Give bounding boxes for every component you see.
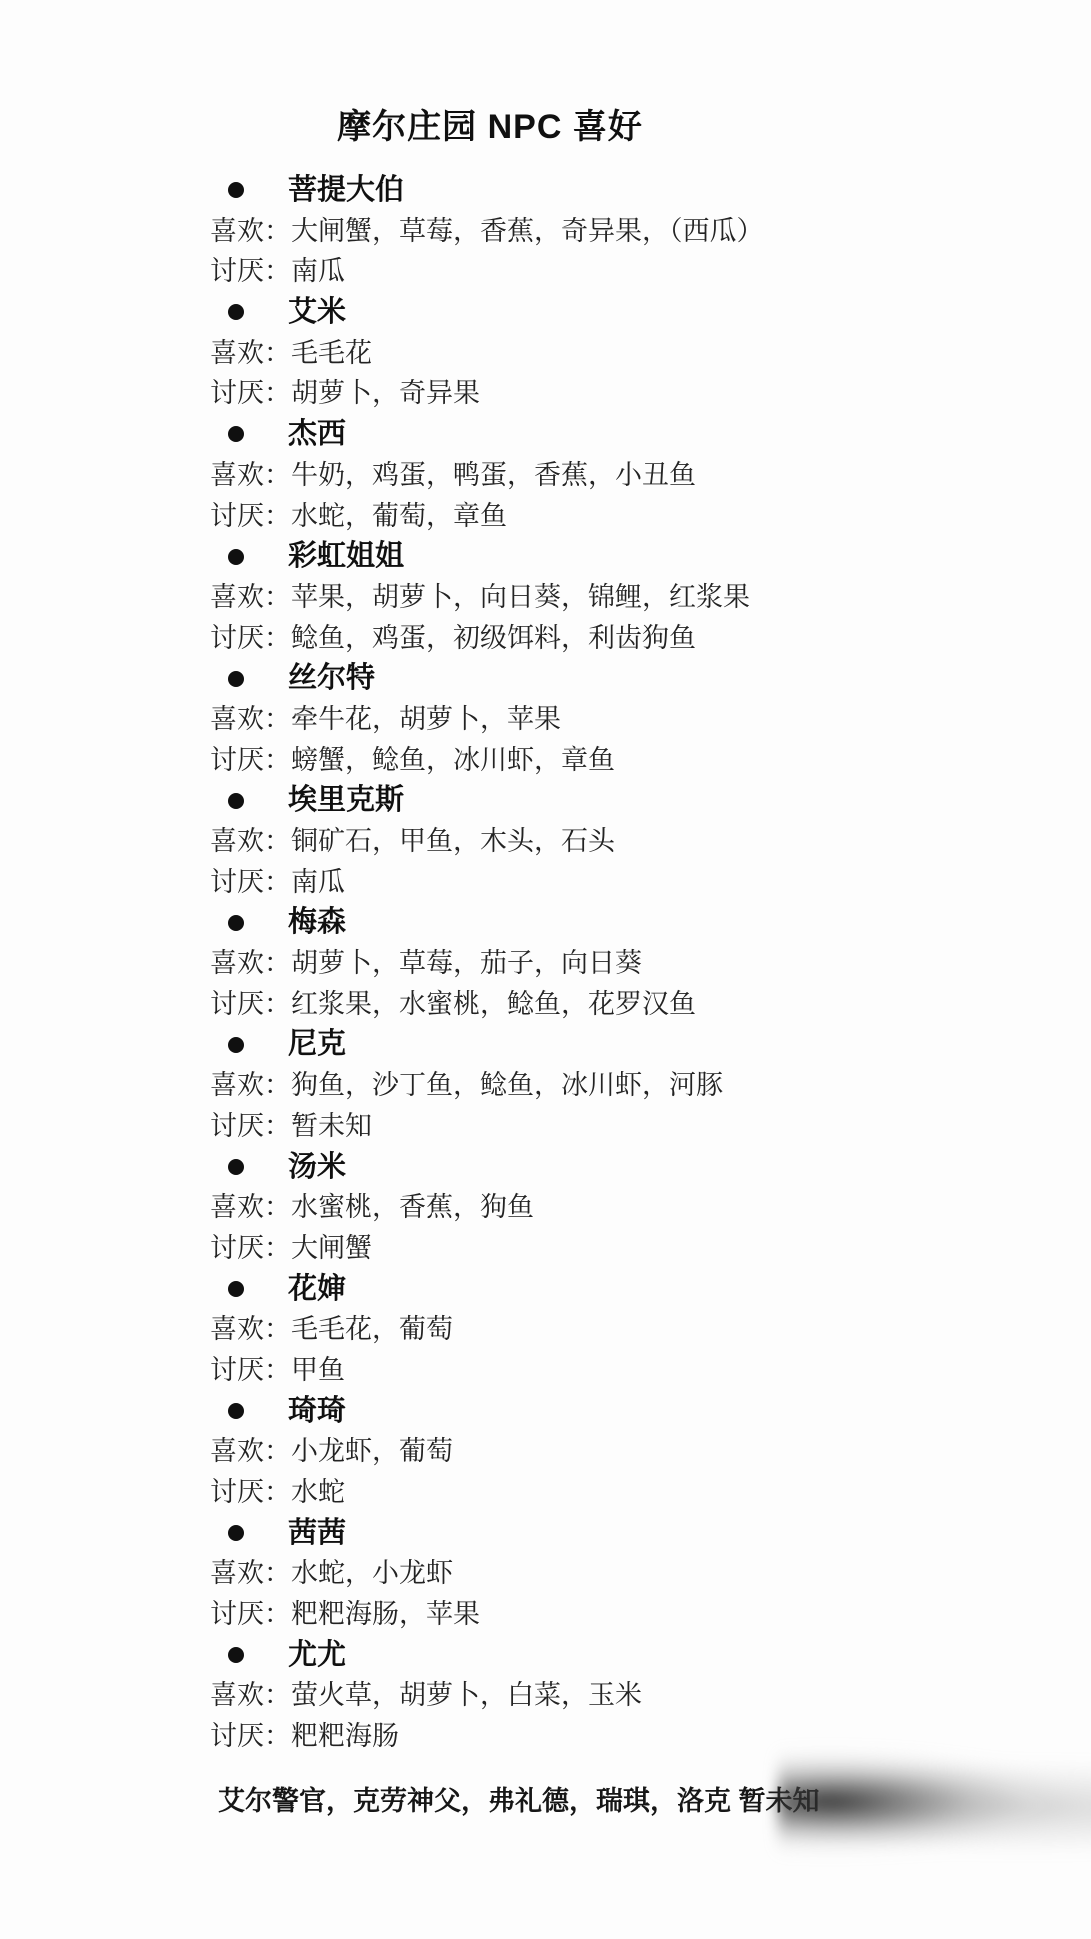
page-title: 摩尔庄园 NPC 喜好 <box>0 102 980 152</box>
npc-section: 尤尤 喜欢：萤火草，胡萝卜，白菜，玉米 讨厌：粑粑海肠 <box>0 1635 1091 1757</box>
likes-line: 喜欢：小龙虾，葡萄 <box>0 1431 1091 1472</box>
dislikes-line: 讨厌：水蛇，葡萄，章鱼 <box>0 496 1091 537</box>
npc-name: 彩虹姐姐 <box>288 536 404 577</box>
bullet-icon <box>228 304 244 320</box>
npc-header: 埃里克斯 <box>0 780 1091 821</box>
dislikes-label: 讨厌： <box>210 1477 291 1507</box>
npc-section: 杰西 喜欢：牛奶，鸡蛋，鸭蛋，香蕉，小丑鱼 讨厌：水蛇，葡萄，章鱼 <box>0 414 1091 536</box>
npc-section: 尼克 喜欢：狗鱼，沙丁鱼，鲶鱼，冰川虾，河豚 讨厌：暂未知 <box>0 1024 1091 1146</box>
likes-label: 喜欢： <box>210 1558 291 1588</box>
dislikes-line: 讨厌：鲶鱼，鸡蛋，初级饵料，利齿狗鱼 <box>0 618 1091 659</box>
likes-value: 毛毛花 <box>291 338 372 368</box>
dislikes-label: 讨厌： <box>210 1111 291 1141</box>
npc-name: 尼克 <box>288 1024 346 1065</box>
likes-label: 喜欢： <box>210 1192 291 1222</box>
dislikes-line: 讨厌：南瓜 <box>0 862 1091 903</box>
bullet-icon <box>228 549 244 565</box>
npc-name: 杰西 <box>288 414 346 455</box>
likes-value: 水蜜桃，香蕉，狗鱼 <box>291 1192 534 1222</box>
likes-value: 狗鱼，沙丁鱼，鲶鱼，冰川虾，河豚 <box>291 1070 723 1100</box>
dislikes-label: 讨厌： <box>210 256 291 286</box>
likes-value: 毛毛花，葡萄 <box>291 1314 453 1344</box>
likes-value: 牛奶，鸡蛋，鸭蛋，香蕉，小丑鱼 <box>291 460 696 490</box>
dislikes-line: 讨厌：粑粑海肠，苹果 <box>0 1594 1091 1635</box>
likes-value: 牵牛花，胡萝卜，苹果 <box>291 704 561 734</box>
likes-value: 苹果，胡萝卜，向日葵，锦鲤，红浆果 <box>291 582 750 612</box>
dislikes-label: 讨厌： <box>210 378 291 408</box>
bullet-icon <box>228 1037 244 1053</box>
dislikes-value: 南瓜 <box>291 867 345 897</box>
likes-value: 胡萝卜，草莓，茄子，向日葵 <box>291 948 642 978</box>
likes-line: 喜欢：萤火草，胡萝卜，白菜，玉米 <box>0 1675 1091 1716</box>
bullet-icon <box>228 1525 244 1541</box>
likes-label: 喜欢： <box>210 704 291 734</box>
npc-section: 茜茜 喜欢：水蛇，小龙虾 讨厌：粑粑海肠，苹果 <box>0 1513 1091 1635</box>
likes-label: 喜欢： <box>210 582 291 612</box>
npc-header: 艾米 <box>0 292 1091 333</box>
likes-value: 大闸蟹，草莓，香蕉，奇异果，（西瓜） <box>291 216 764 246</box>
npc-name: 艾米 <box>288 292 346 333</box>
npc-header: 杰西 <box>0 414 1091 455</box>
npc-name: 花婶 <box>288 1269 346 1310</box>
dislikes-value: 粑粑海肠，苹果 <box>291 1599 480 1629</box>
likes-line: 喜欢：胡萝卜，草莓，茄子，向日葵 <box>0 943 1091 984</box>
bullet-icon <box>228 182 244 198</box>
likes-line: 喜欢：苹果，胡萝卜，向日葵，锦鲤，红浆果 <box>0 577 1091 618</box>
dislikes-line: 讨厌：红浆果，水蜜桃，鲶鱼，花罗汉鱼 <box>0 984 1091 1025</box>
npc-name: 汤米 <box>288 1147 346 1188</box>
likes-label: 喜欢： <box>210 826 291 856</box>
dislikes-label: 讨厌： <box>210 1233 291 1263</box>
likes-line: 喜欢：铜矿石，甲鱼，木头，石头 <box>0 821 1091 862</box>
dislikes-line: 讨厌：大闸蟹 <box>0 1228 1091 1269</box>
npc-section: 花婶 喜欢：毛毛花，葡萄 讨厌：甲鱼 <box>0 1269 1091 1391</box>
dislikes-label: 讨厌： <box>210 989 291 1019</box>
likes-label: 喜欢： <box>210 1070 291 1100</box>
bullet-icon <box>228 426 244 442</box>
npc-name: 尤尤 <box>288 1635 346 1676</box>
npc-section: 埃里克斯 喜欢：铜矿石，甲鱼，木头，石头 讨厌：南瓜 <box>0 780 1091 902</box>
dislikes-value: 胡萝卜，奇异果 <box>291 378 480 408</box>
likes-label: 喜欢： <box>210 216 291 246</box>
dislikes-value: 水蛇，葡萄，章鱼 <box>291 501 507 531</box>
dislikes-line: 讨厌：螃蟹，鲶鱼，冰川虾，章鱼 <box>0 740 1091 781</box>
npc-header: 琦琦 <box>0 1391 1091 1432</box>
npc-header: 汤米 <box>0 1147 1091 1188</box>
likes-line: 喜欢：水蛇，小龙虾 <box>0 1553 1091 1594</box>
dislikes-label: 讨厌： <box>210 867 291 897</box>
likes-value: 小龙虾，葡萄 <box>291 1436 453 1466</box>
likes-value: 萤火草，胡萝卜，白菜，玉米 <box>291 1680 642 1710</box>
dislikes-label: 讨厌： <box>210 1599 291 1629</box>
likes-line: 喜欢：毛毛花 <box>0 333 1091 374</box>
npc-header: 尤尤 <box>0 1635 1091 1676</box>
bullet-icon <box>228 915 244 931</box>
likes-line: 喜欢：牛奶，鸡蛋，鸭蛋，香蕉，小丑鱼 <box>0 455 1091 496</box>
dislikes-line: 讨厌：水蛇 <box>0 1472 1091 1513</box>
npc-name: 埃里克斯 <box>288 780 404 821</box>
footer-unknown-note: 艾尔警官，克劳神父，弗礼德，瑞琪，洛克 暂未知 <box>0 1781 1091 1822</box>
npc-section: 丝尔特 喜欢：牵牛花，胡萝卜，苹果 讨厌：螃蟹，鲶鱼，冰川虾，章鱼 <box>0 658 1091 780</box>
npc-header: 尼克 <box>0 1024 1091 1065</box>
dislikes-label: 讨厌： <box>210 745 291 775</box>
npc-name: 茜茜 <box>288 1513 346 1554</box>
npc-header: 茜茜 <box>0 1513 1091 1554</box>
dislikes-line: 讨厌：甲鱼 <box>0 1350 1091 1391</box>
bullet-icon <box>228 1647 244 1663</box>
npc-name: 琦琦 <box>288 1391 346 1432</box>
dislikes-label: 讨厌： <box>210 501 291 531</box>
npc-section: 艾米 喜欢：毛毛花 讨厌：胡萝卜，奇异果 <box>0 292 1091 414</box>
npc-name: 梅森 <box>288 902 346 943</box>
npc-name: 菩提大伯 <box>288 170 404 211</box>
dislikes-value: 水蛇 <box>291 1477 345 1507</box>
dislikes-value: 粑粑海肠 <box>291 1721 399 1751</box>
npc-header: 丝尔特 <box>0 658 1091 699</box>
dislikes-label: 讨厌： <box>210 1355 291 1385</box>
npc-header: 花婶 <box>0 1269 1091 1310</box>
npc-section: 梅森 喜欢：胡萝卜，草莓，茄子，向日葵 讨厌：红浆果，水蜜桃，鲶鱼，花罗汉鱼 <box>0 902 1091 1024</box>
bullet-icon <box>228 1403 244 1419</box>
dislikes-value: 暂未知 <box>291 1111 372 1141</box>
dislikes-label: 讨厌： <box>210 1721 291 1751</box>
bullet-icon <box>228 793 244 809</box>
npc-section: 琦琦 喜欢：小龙虾，葡萄 讨厌：水蛇 <box>0 1391 1091 1513</box>
npc-section: 汤米 喜欢：水蜜桃，香蕉，狗鱼 讨厌：大闸蟹 <box>0 1147 1091 1269</box>
dislikes-value: 红浆果，水蜜桃，鲶鱼，花罗汉鱼 <box>291 989 696 1019</box>
npc-section: 菩提大伯 喜欢：大闸蟹，草莓，香蕉，奇异果，（西瓜） 讨厌：南瓜 <box>0 170 1091 292</box>
dislikes-line: 讨厌：粑粑海肠 <box>0 1716 1091 1757</box>
dislikes-line: 讨厌：南瓜 <box>0 251 1091 292</box>
npc-section: 彩虹姐姐 喜欢：苹果，胡萝卜，向日葵，锦鲤，红浆果 讨厌：鲶鱼，鸡蛋，初级饵料，… <box>0 536 1091 658</box>
likes-label: 喜欢： <box>210 1314 291 1344</box>
dislikes-value: 螃蟹，鲶鱼，冰川虾，章鱼 <box>291 745 615 775</box>
npc-list: 菩提大伯 喜欢：大闸蟹，草莓，香蕉，奇异果，（西瓜） 讨厌：南瓜 艾米 喜欢：毛… <box>0 170 1091 1757</box>
likes-value: 铜矿石，甲鱼，木头，石头 <box>291 826 615 856</box>
likes-label: 喜欢： <box>210 1680 291 1710</box>
dislikes-line: 讨厌：胡萝卜，奇异果 <box>0 373 1091 414</box>
likes-label: 喜欢： <box>210 338 291 368</box>
likes-line: 喜欢：狗鱼，沙丁鱼，鲶鱼，冰川虾，河豚 <box>0 1065 1091 1106</box>
likes-line: 喜欢：牵牛花，胡萝卜，苹果 <box>0 699 1091 740</box>
likes-label: 喜欢： <box>210 948 291 978</box>
likes-line: 喜欢：大闸蟹，草莓，香蕉，奇异果，（西瓜） <box>0 211 1091 252</box>
npc-header: 彩虹姐姐 <box>0 536 1091 577</box>
dislikes-value: 大闸蟹 <box>291 1233 372 1263</box>
likes-value: 水蛇，小龙虾 <box>291 1558 453 1588</box>
likes-line: 喜欢：毛毛花，葡萄 <box>0 1309 1091 1350</box>
npc-header: 梅森 <box>0 902 1091 943</box>
likes-label: 喜欢： <box>210 1436 291 1466</box>
dislikes-value: 鲶鱼，鸡蛋，初级饵料，利齿狗鱼 <box>291 623 696 653</box>
bullet-icon <box>228 1159 244 1175</box>
likes-line: 喜欢：水蜜桃，香蕉，狗鱼 <box>0 1187 1091 1228</box>
bullet-icon <box>228 671 244 687</box>
likes-label: 喜欢： <box>210 460 291 490</box>
dislikes-value: 甲鱼 <box>291 1355 345 1385</box>
bullet-icon <box>228 1281 244 1297</box>
dislikes-line: 讨厌：暂未知 <box>0 1106 1091 1147</box>
npc-header: 菩提大伯 <box>0 170 1091 211</box>
document-page: 摩尔庄园 NPC 喜好 菩提大伯 喜欢：大闸蟹，草莓，香蕉，奇异果，（西瓜） 讨… <box>0 0 1091 1939</box>
dislikes-label: 讨厌： <box>210 623 291 653</box>
npc-name: 丝尔特 <box>288 658 375 699</box>
dislikes-value: 南瓜 <box>291 256 345 286</box>
